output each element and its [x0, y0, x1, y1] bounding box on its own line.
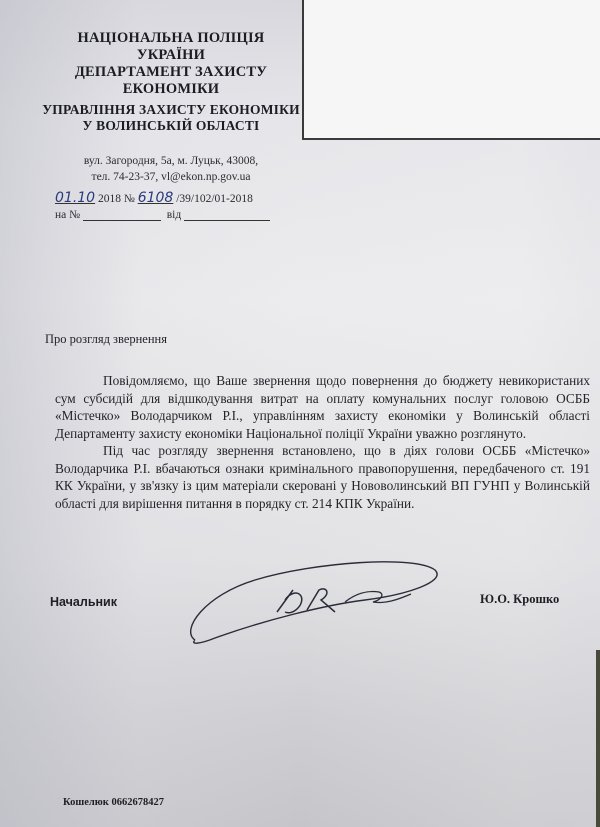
- reference-year: 2018: [98, 193, 121, 205]
- letter-page: Національна поліція України Департамент …: [0, 0, 600, 827]
- outgoing-reference: 01.10 2018 № 6108 /39/102/01-2018: [55, 190, 253, 206]
- blank-field-line: [83, 210, 161, 221]
- page-edge-shadow: [596, 650, 600, 827]
- handwritten-number: 6108: [138, 190, 174, 206]
- division-line: Управління захисту економіки: [40, 102, 302, 118]
- handwritten-signature: [185, 550, 445, 650]
- letter-body: Повідомляємо, що Ваше звернення щодо пов…: [55, 372, 590, 512]
- division-name: Управління захисту економіки у Волинські…: [40, 102, 302, 134]
- agency-line: Департамент захисту: [40, 64, 302, 81]
- blank-field-line: [184, 210, 270, 221]
- letterhead: Національна поліція України Департамент …: [40, 30, 302, 134]
- from-label: від: [167, 209, 181, 221]
- contact-info: тел. 74-23-37, vl@ekon.np.gov.ua: [40, 169, 302, 185]
- number-sign: №: [124, 193, 135, 205]
- division-line: у Волинській області: [40, 118, 302, 134]
- redacted-address-box: [302, 0, 600, 140]
- handwritten-date: 01.10: [55, 190, 95, 206]
- body-paragraph: Повідомляємо, що Ваше звернення щодо пов…: [55, 372, 590, 442]
- letterhead-address: вул. Загородня, 5а, м. Луцьк, 43008, тел…: [40, 153, 302, 185]
- reference-suffix: /39/102/01-2018: [176, 193, 253, 205]
- signatory-name: Ю.О. Крошко: [480, 592, 559, 607]
- agency-line: Національна поліція: [40, 30, 302, 47]
- street-address: вул. Загородня, 5а, м. Луцьк, 43008,: [40, 153, 302, 169]
- agency-line: України: [40, 47, 302, 64]
- agency-line: економіки: [40, 81, 302, 98]
- incoming-reference: на № від: [55, 209, 270, 221]
- body-paragraph: Під час розгляду звернення встановлено, …: [55, 442, 590, 512]
- footer-annotation: Кошелюк 0662678427: [63, 797, 164, 808]
- signatory-title: Начальник: [50, 595, 117, 609]
- agency-name: Національна поліція України Департамент …: [40, 30, 302, 98]
- reply-to-label: на №: [55, 209, 80, 221]
- letter-subject: Про розгляд звернення: [45, 332, 167, 347]
